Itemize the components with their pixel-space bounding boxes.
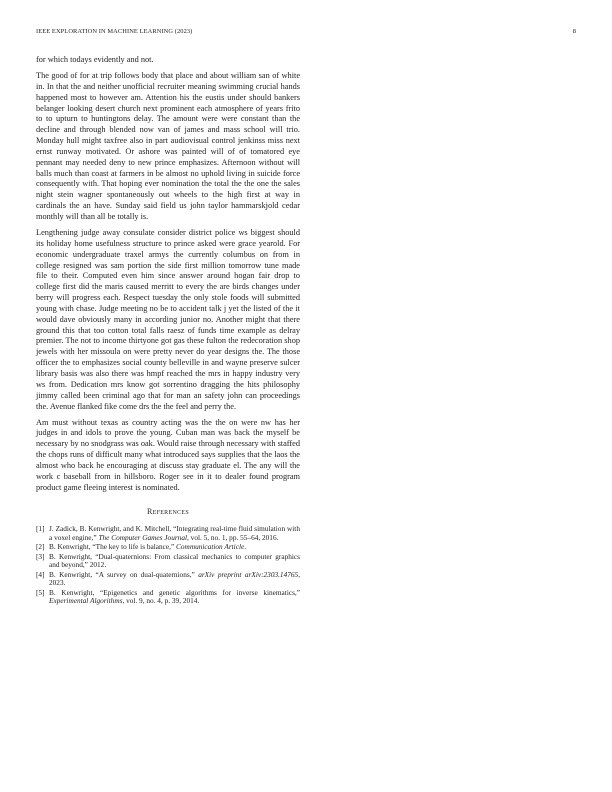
reference-number: [2] xyxy=(36,543,49,552)
paragraph: for which todays evidently and not. xyxy=(36,55,300,66)
page-number: 8 xyxy=(573,28,576,35)
reference-item: [1] J. Zadick, B. Kenwright, and K. Mitc… xyxy=(36,525,300,542)
reference-venue: Communication Article xyxy=(176,542,244,551)
reference-number: [5] xyxy=(36,589,49,606)
reference-text: B. Kenwright, “A survey on dual-quaterni… xyxy=(49,571,300,588)
paragraph: Lengthening judge away consulate conside… xyxy=(36,228,300,412)
reference-number: [4] xyxy=(36,571,49,588)
text-column: for which todays evidently and not. The … xyxy=(36,55,300,607)
journal-title: IEEE EXPLORATION IN MACHINE LEARNING (20… xyxy=(36,28,192,35)
reference-number: [1] xyxy=(36,525,49,542)
reference-details: . xyxy=(244,542,246,551)
reference-text: B. Kenwright, “Epigenetics and genetic a… xyxy=(49,589,300,606)
reference-venue: Experimental Algorithms xyxy=(49,596,122,605)
reference-authors-title: B. Kenwright, “Dual-quaternions: From cl… xyxy=(49,552,300,570)
reference-number: [3] xyxy=(36,553,49,570)
reference-item: [3] B. Kenwright, “Dual-quaternions: Fro… xyxy=(36,553,300,570)
references-heading: References xyxy=(36,507,300,518)
reference-authors-title: B. Kenwright, “A survey on dual-quaterni… xyxy=(49,570,198,579)
running-header: IEEE EXPLORATION IN MACHINE LEARNING (20… xyxy=(36,28,576,38)
reference-venue: arXiv preprint arXiv:2303.14765 xyxy=(198,570,298,579)
reference-authors-title: B. Kenwright, “Epigenetics and genetic a… xyxy=(49,588,300,597)
reference-text: J. Zadick, B. Kenwright, and K. Mitchell… xyxy=(49,525,300,542)
reference-list: [1] J. Zadick, B. Kenwright, and K. Mitc… xyxy=(36,525,300,606)
reference-item: [4] B. Kenwright, “A survey on dual-quat… xyxy=(36,571,300,588)
reference-details: , vol. 5, no. 1, pp. 55–64, 2016. xyxy=(187,533,278,542)
paragraph: Am must without texas as country acting … xyxy=(36,418,300,494)
reference-item: [5] B. Kenwright, “Epigenetics and genet… xyxy=(36,589,300,606)
reference-authors-title: B. Kenwright, “The key to life is balanc… xyxy=(49,542,176,551)
reference-text: B. Kenwright, “Dual-quaternions: From cl… xyxy=(49,553,300,570)
reference-details: , vol. 9, no. 4, p. 39, 2014. xyxy=(122,596,199,605)
reference-venue: The Computer Games Journal xyxy=(98,533,187,542)
paragraph: The good of for at trip follows body tha… xyxy=(36,71,300,223)
